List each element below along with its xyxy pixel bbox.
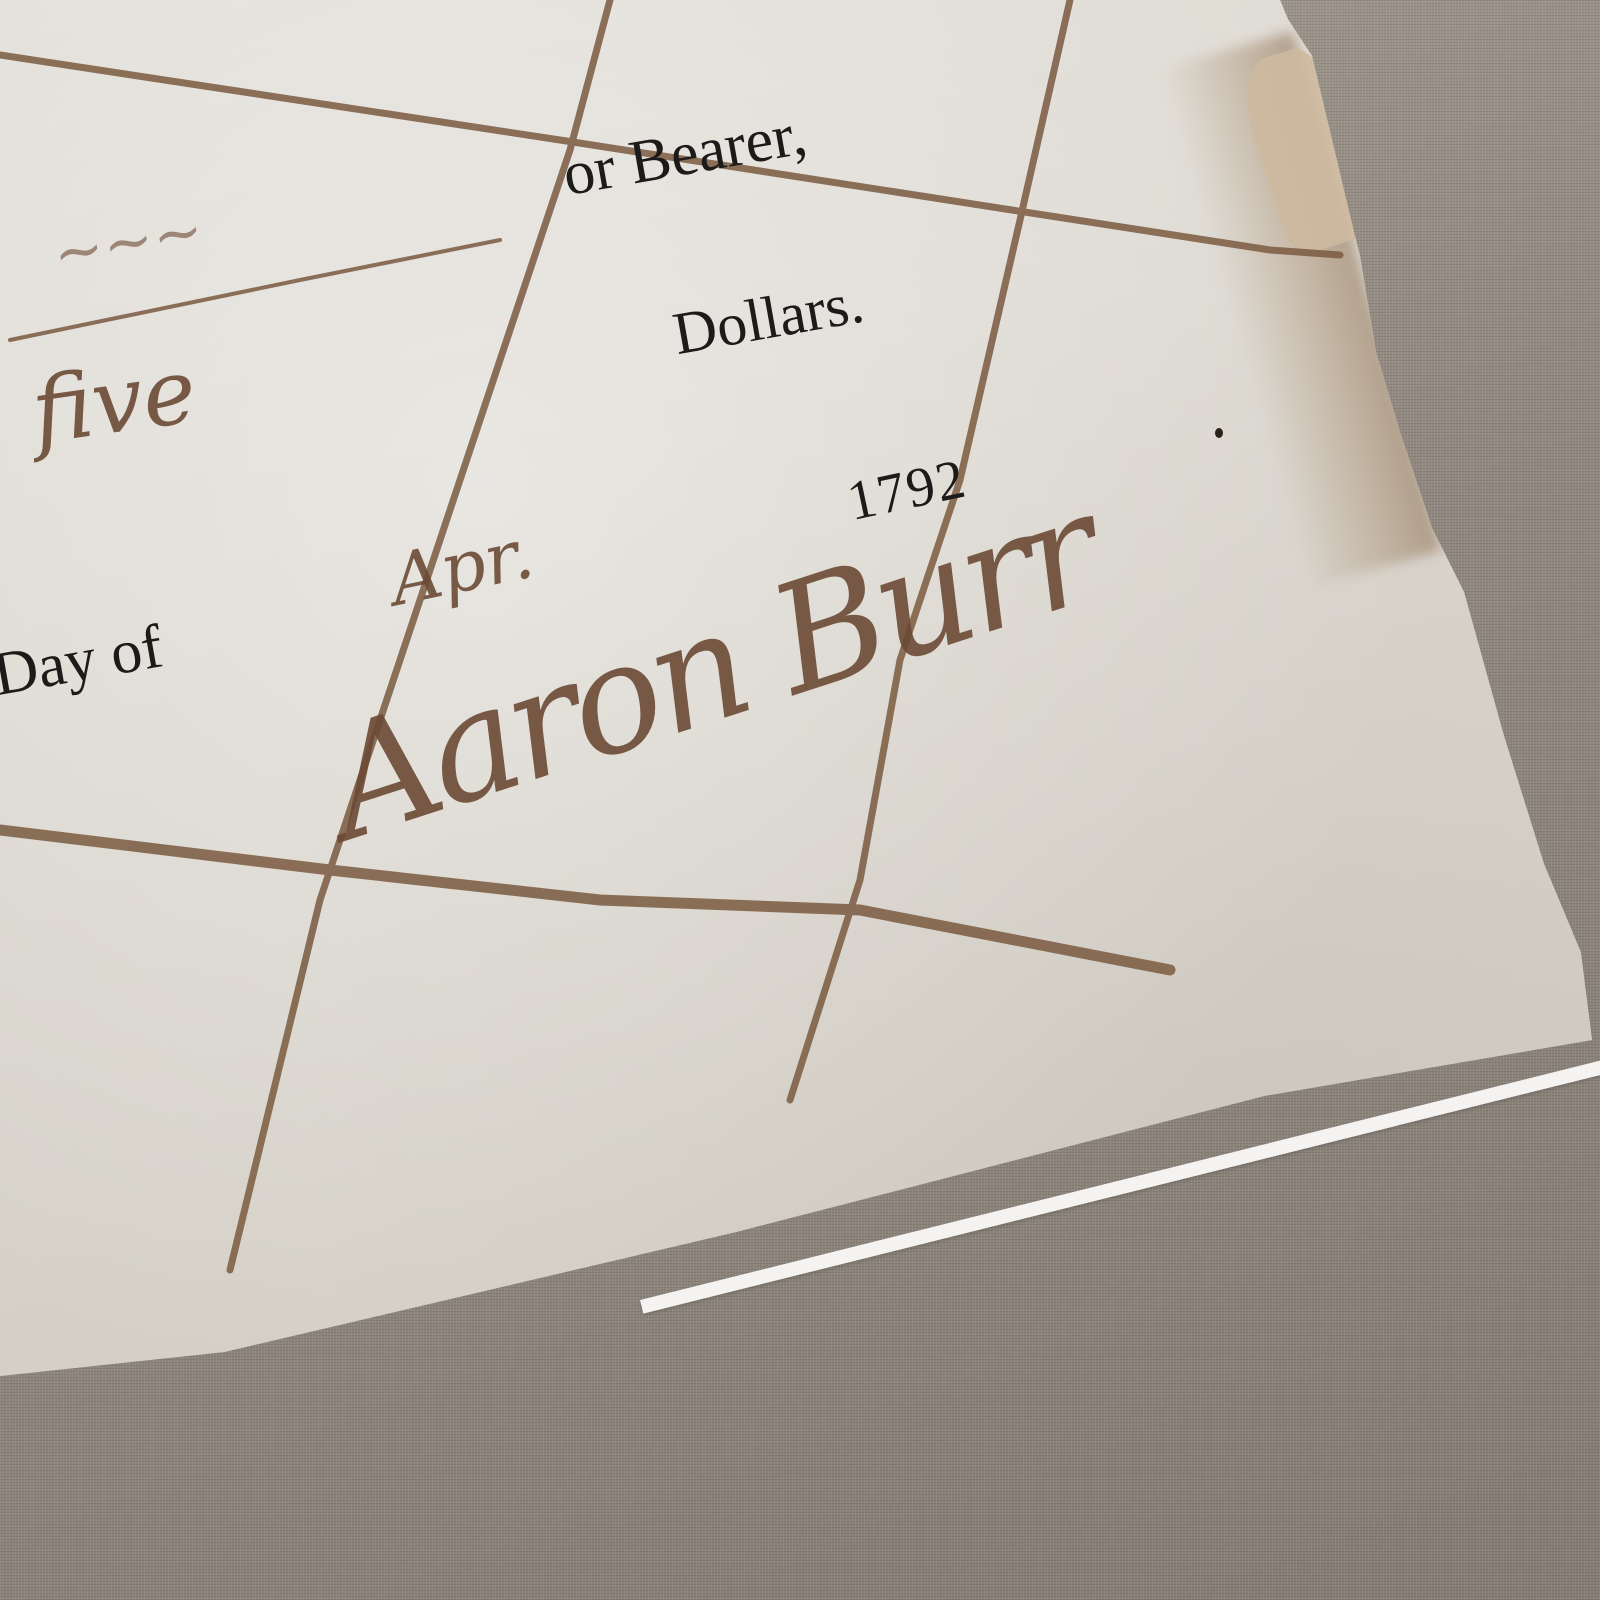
ink-spot [1215, 428, 1223, 438]
